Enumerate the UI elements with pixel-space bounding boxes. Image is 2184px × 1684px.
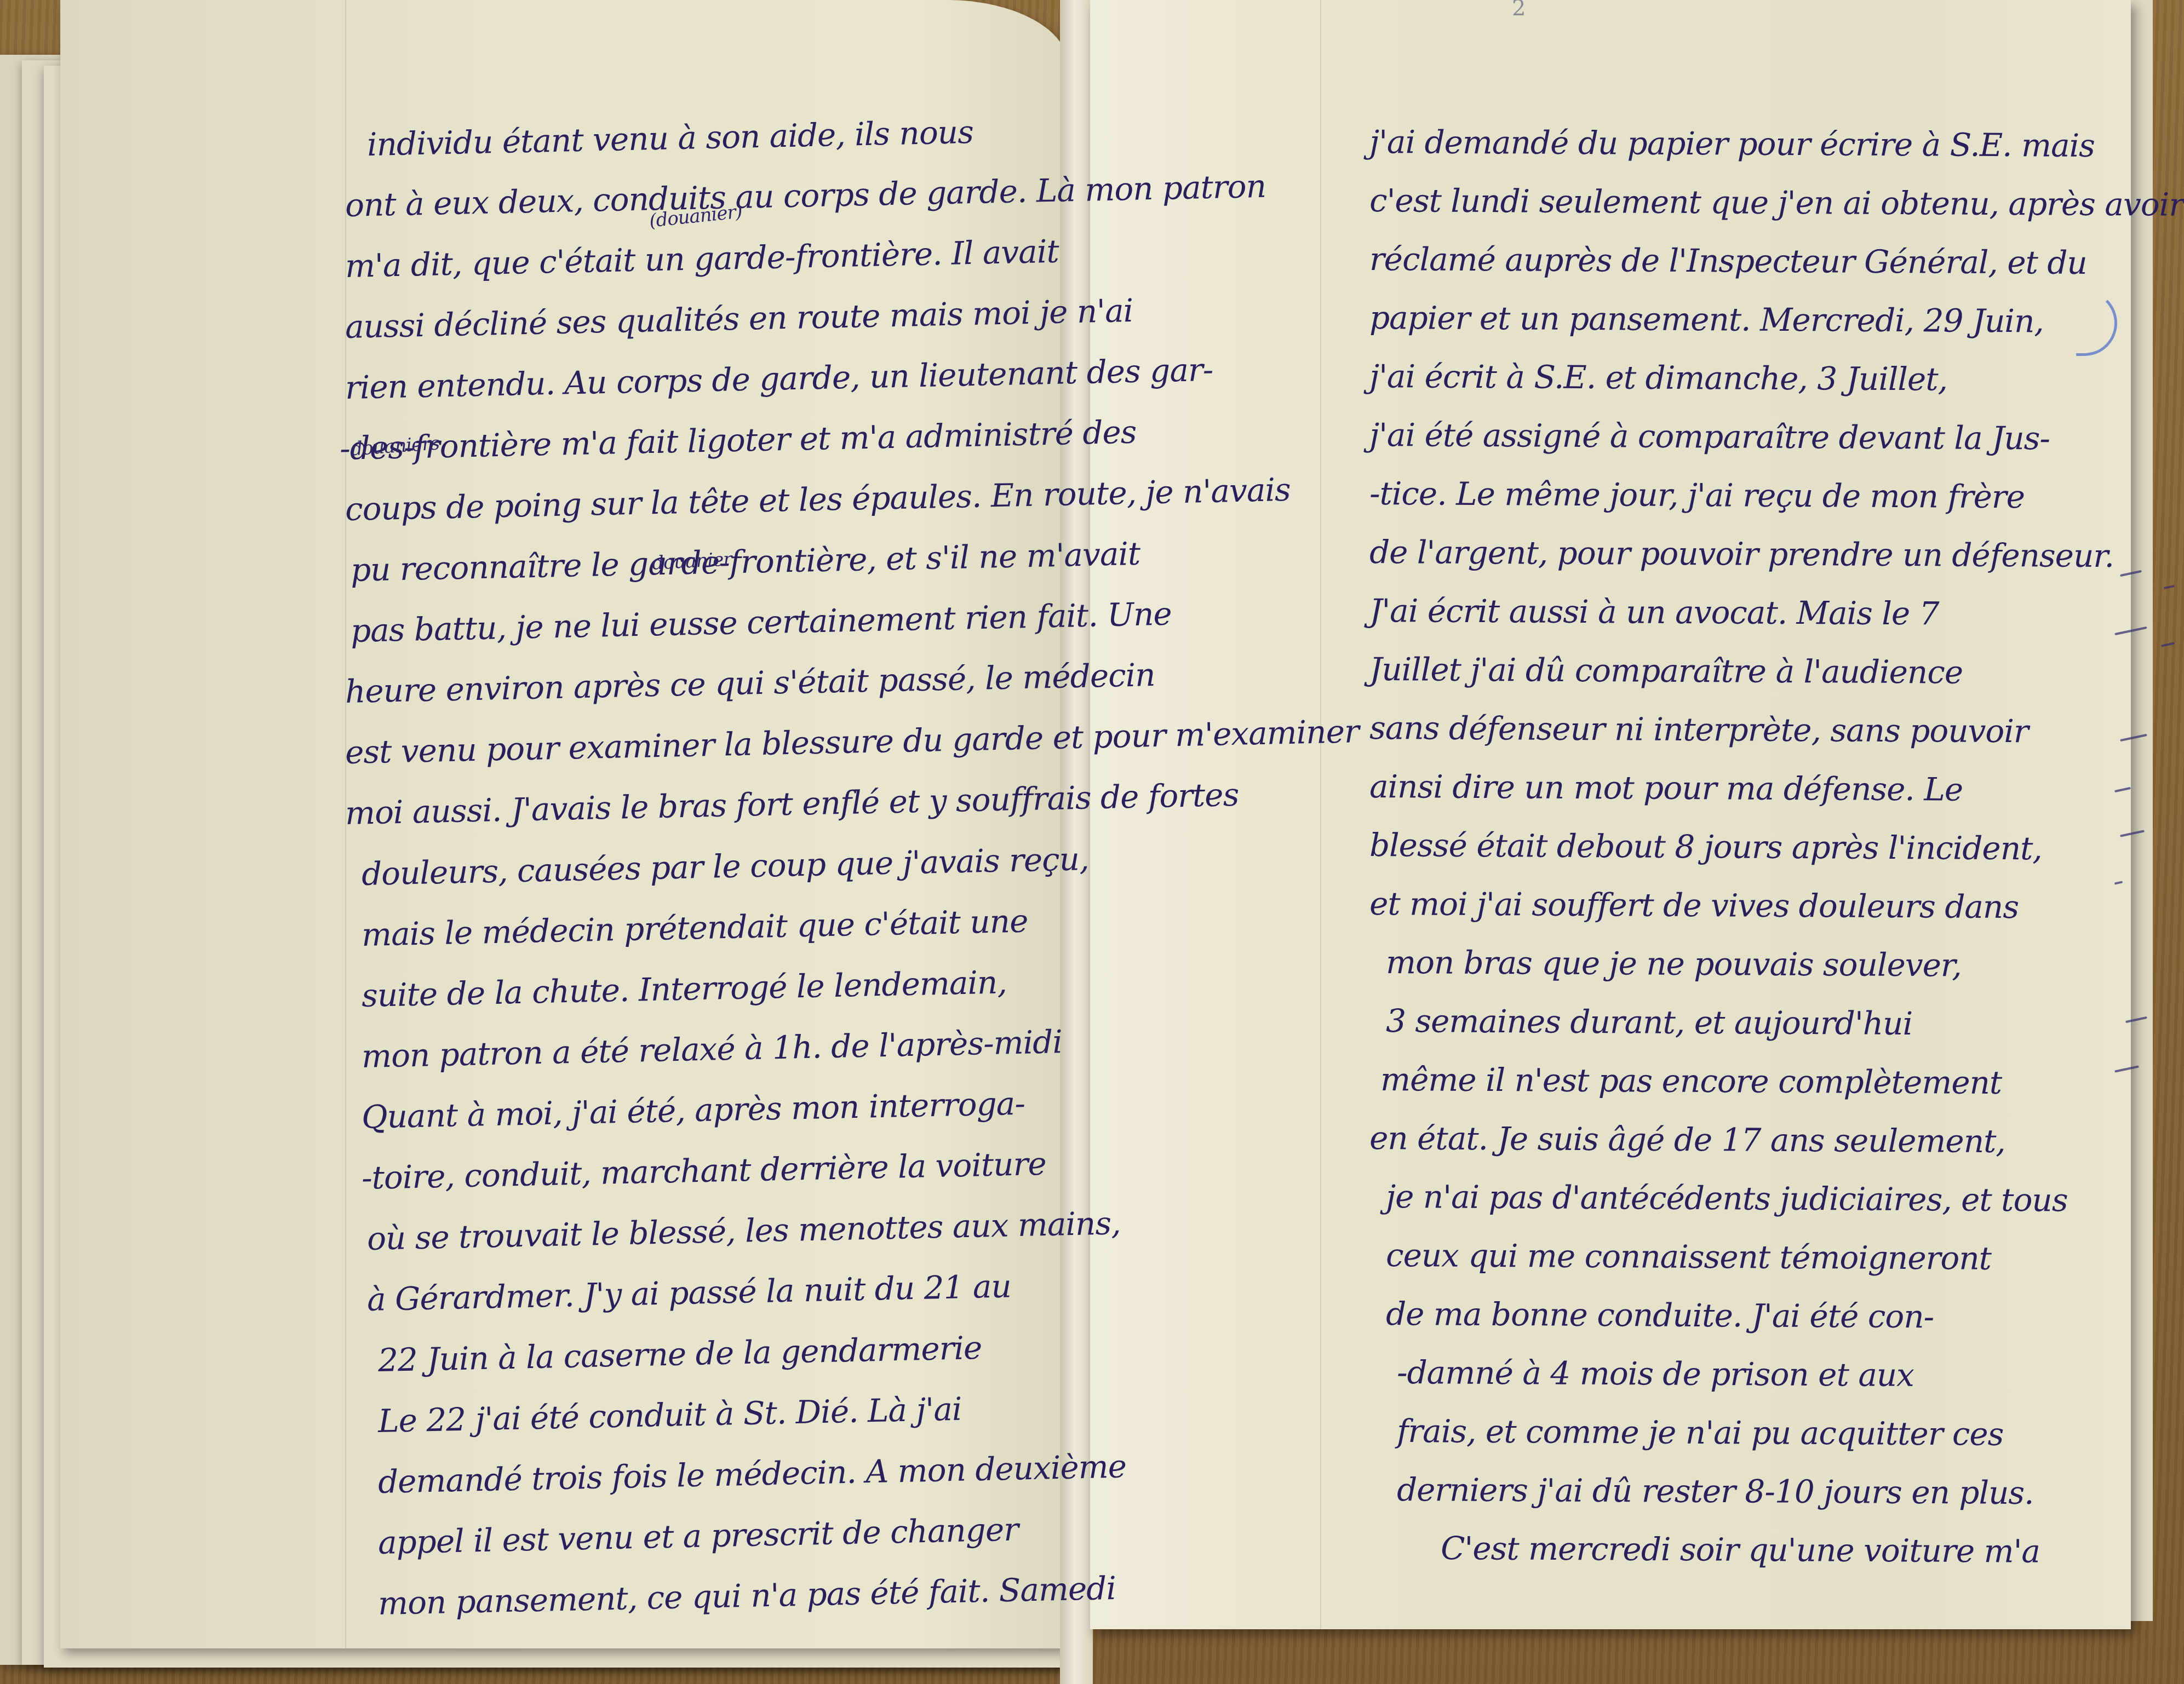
handwritten-line: et moi j'ai souffert de vives douleurs d… — [1369, 888, 2019, 923]
interlinear-insertion: douanier — [651, 548, 732, 574]
handwritten-line: C'est mercredi soir qu'une voiture m'a — [1441, 1532, 2040, 1567]
handwritten-line: ceux qui me connaissent témoigneront — [1386, 1239, 1991, 1274]
handwritten-line: je n'ai pas d'antécédents judiciaires, e… — [1386, 1181, 2068, 1216]
page-number-pencil-mark: 2 — [1512, 0, 1526, 21]
handwritten-line: de ma bonne conduite. J'ai été con- — [1386, 1298, 1934, 1332]
handwritten-line: c'est lundi seulement que j'en ai obtenu… — [1369, 185, 2183, 221]
handwritten-line: derniers j'ai dû rester 8-10 jours en pl… — [1397, 1474, 2034, 1509]
handwritten-line: mon bras que je ne pouvais soulever, — [1386, 946, 1962, 981]
handwritten-line: papier et un pansement. Mercredi, 29 Jui… — [1369, 302, 2044, 337]
handwritten-line: réclamé auprès de l'Inspecteur Général, … — [1369, 243, 2087, 279]
handwritten-line: -tice. Le même jour, j'ai reçu de mon fr… — [1369, 478, 2025, 513]
handwritten-line: frais, et comme je n'ai pu acquitter ces — [1397, 1415, 2004, 1450]
handwritten-line: ainsi dire un mot pour ma défense. Le — [1369, 771, 1963, 806]
handwritten-line: Juillet j'ai dû comparaître à l'audience — [1369, 653, 1963, 688]
handwritten-line: -damné à 4 mois de prison et aux — [1397, 1357, 1914, 1391]
handwritten-line: de l'argent, pour pouvoir prendre un déf… — [1369, 536, 2114, 572]
handwritten-line: même il n'est pas encore complètement — [1380, 1064, 2002, 1099]
handwritten-line: blessé était debout 8 jours après l'inci… — [1369, 829, 2042, 864]
margin-rule — [1320, 0, 1321, 1629]
handwritten-line: j'ai demandé du papier pour écrire à S.E… — [1369, 126, 2095, 162]
handwritten-line: sans défenseur ni interprète, sans pouvo… — [1369, 712, 2028, 747]
handwritten-line: 3 semaines durant, et aujourd'hui — [1386, 1005, 1912, 1039]
handwritten-line: en état. Je suis âgé de 17 ans seulement… — [1369, 1122, 2005, 1157]
handwritten-line: j'ai écrit à S.E. et dimanche, 3 Juillet… — [1369, 360, 1947, 395]
handwritten-line: J'ai écrit aussi à un avocat. Mais le 7 — [1369, 595, 1939, 629]
handwritten-line: j'ai été assigné à comparaître devant la… — [1369, 419, 2050, 455]
